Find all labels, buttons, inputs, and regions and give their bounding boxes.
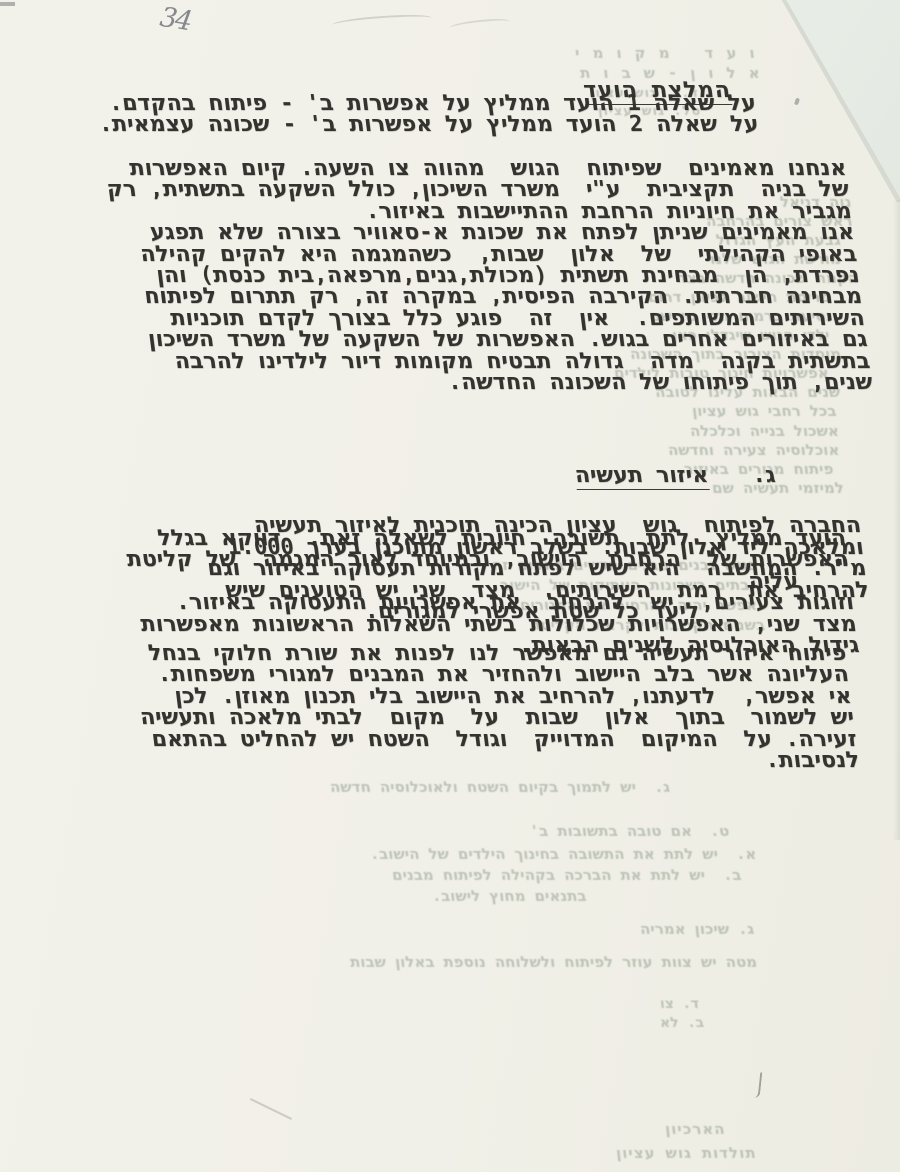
edge-mark bbox=[0, 2, 15, 6]
handwritten-page-number: 34 bbox=[158, 2, 193, 37]
bleedthrough-text: א. יש לתת את התשובה בחינוך הילדים של היש… bbox=[369, 845, 757, 863]
text-line: בתשתית בקנה מדה גדולה תבטיח מקומות דיור … bbox=[127, 351, 872, 372]
recommendation-lines: על שאלה 1 הועד ממליץ על אפשרות ב' - פיתו… bbox=[95, 93, 760, 136]
pencil-scribble bbox=[450, 17, 511, 32]
text-line: אנו מאמינים שניתן לפתח את שכונת א-סאוויר… bbox=[111, 222, 856, 243]
text-line: זעירה. על המיקום המדוייק וגודל השטח יש ל… bbox=[142, 729, 859, 750]
bleedthrough-text: הארכיון bbox=[664, 1120, 726, 1138]
text-line: גם באיזורים אחרים בגוש. האפשרות של השקעה… bbox=[124, 329, 869, 350]
text-line: וזוגות צעירים, יש להרחיב את אפשרויות התע… bbox=[131, 592, 855, 613]
bleedthrough-text: ד. צו bbox=[659, 996, 700, 1012]
text-line: מבחינה חברתית. הקירבה הפיסית, במקרה זה, … bbox=[119, 286, 864, 307]
bleedthrough-text: ג. יש לתמוך בקיום השטח ולאוכלוסיה חדשה bbox=[329, 778, 671, 796]
text-line: שנים, תוך פיתוחו של השכונה החדשה. bbox=[129, 372, 874, 393]
pencil-mark bbox=[250, 1098, 292, 1120]
text-line: האפשרות של הרחבת היישוב, ובמיוחד לאור המ… bbox=[126, 549, 850, 570]
scanned-document-page: 34 ו ע ד מ ק ו מ יא ל ו ן - ש ב ו תד.נ. … bbox=[0, 0, 900, 1172]
page-edge-shadow bbox=[893, 200, 900, 840]
paragraph-development: אנחנו מאמינים שפיתוח הגוש מהווה צו השעה.… bbox=[103, 158, 874, 393]
text-line: העליונה אשר בלב היישוב ולהחזיר את המבנים… bbox=[134, 664, 851, 685]
bleedthrough-text: בתנאים מחוץ לישוב. bbox=[431, 887, 587, 905]
ink-fleck bbox=[794, 98, 800, 106]
text-line: מגביר את חיוניות הרחבת ההתיישבות באיזור. bbox=[108, 201, 853, 222]
text-line: אי אפשר, לדעתנו, להרחיב את היישוב בלי תכ… bbox=[136, 686, 853, 707]
bleedthrough-text: מטה יש צוות עוזר לפיתוח ולשלוחה נוספת בא… bbox=[349, 953, 758, 971]
text-line: מצד שני, האפשרויות שכלולות בשתי השאלות ה… bbox=[134, 614, 858, 635]
bleedthrough-text: ב. יש לתת את הברכה בקהילה לפיתוח מבנים bbox=[391, 866, 742, 884]
pencil-scribble bbox=[332, 13, 433, 31]
text-line: פיתוח איזור תעשיה גם מאפשר לנו לפנות את … bbox=[131, 643, 848, 664]
text-line: הועד ממליץ לתת תשובה חיובית לשאלה זאת. ד… bbox=[123, 528, 847, 549]
text-line: נפרדת, הן מבחינת תשתית (מכולת,גנים,מרפאה… bbox=[116, 265, 861, 286]
bleedthrough-text: ב. לא bbox=[659, 1015, 705, 1031]
text-line: אנחנו מאמינים שפיתוח הגוש מהווה צו השעה.… bbox=[103, 158, 848, 179]
section-label: ג. bbox=[751, 463, 777, 488]
section-heading: איזור תעשיה bbox=[574, 463, 711, 490]
text-line: באופי הקהילתי של אלון שבות, כשהמגמה היא … bbox=[114, 244, 859, 265]
text-line: על שאלה 1 הועד ממליץ על אפשרות ב' - פיתו… bbox=[95, 93, 757, 114]
text-line: על שאלה 2 הועד ממליץ על אפשרות ב' - שכונ… bbox=[98, 114, 760, 135]
text-line: השירותים המשותפים. אין זה פוגע כלל בצורך… bbox=[121, 308, 866, 329]
bleedthrough-text: תולדות גוש עציון bbox=[615, 1144, 757, 1162]
bleedthrough-text: ג. שיכון אמריה bbox=[639, 920, 755, 938]
paragraph-committee-answer: הועד ממליץ לתת תשובה חיובית לשאלה זאת. ד… bbox=[123, 528, 860, 656]
text-line: של בניה תקציבית ע"י משרד השיכון, כולל הש… bbox=[106, 179, 851, 200]
paragraph-planning: פיתוח איזור תעשיה גם מאפשר לנו לפנות את … bbox=[131, 643, 861, 771]
text-line: לנסיבות. bbox=[144, 750, 861, 771]
bleedthrough-text: ט. אם טובה בתשובות ב' bbox=[529, 822, 730, 840]
text-line: יש לשמור בתוך אלון שבות על מקום לבתי מלא… bbox=[139, 707, 856, 728]
text-line: עליה bbox=[129, 571, 853, 592]
pen-mark bbox=[752, 1072, 763, 1099]
section-heading-row: ג.איזור תעשיה bbox=[192, 444, 853, 465]
